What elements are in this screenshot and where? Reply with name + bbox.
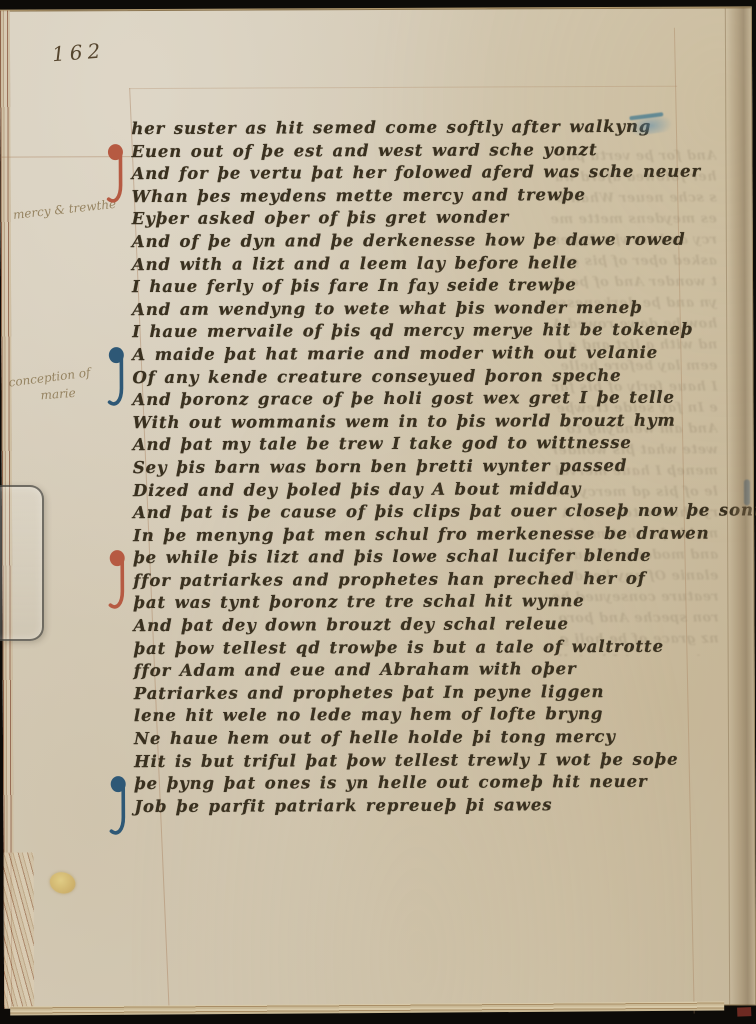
manuscript-line: And þoronz grace of þe holi gost wex gre… (132, 388, 748, 413)
line-text: And with a lizt and a leem lay before he… (132, 253, 578, 274)
line-text: And of þe dyn and þe derkenesse how þe d… (132, 230, 686, 251)
manuscript-line: Patriarkes and prophetes þat In peyne li… (134, 681, 750, 706)
line-text: Ne haue hem out of helle holde þi tong m… (134, 727, 616, 748)
wax-stain (47, 869, 77, 896)
line-text: þe while þis lizt and þis lowe schal luc… (133, 546, 651, 567)
paraph-mark-red (105, 143, 127, 209)
line-text: lene hit wele no lede may hem of lofte b… (134, 704, 603, 725)
line-text: I haue ferly of þis fare In fay seide tr… (132, 275, 577, 296)
paraph-mark-blue (106, 346, 128, 412)
manuscript-line: I haue mervaile of þis qd mercy merye hi… (132, 320, 748, 345)
margin-gloss-conception: conception of marie (8, 365, 94, 407)
ruling-line-horizontal-top (129, 86, 677, 89)
facing-page-fold (725, 7, 756, 1005)
page-stack-corner (4, 853, 35, 1009)
manuscript-line: Euen out of þe est and west ward sche yo… (131, 139, 747, 164)
manuscript-line: And am wendyng to wete what þis wonder m… (132, 297, 748, 322)
line-text: I haue mervaile of þis qd mercy merye hi… (132, 320, 693, 341)
line-text: ffor Adam and eue and Abraham with oþer (134, 659, 577, 680)
line-text: Dized and dey þoled þis day A bout midda… (133, 479, 582, 500)
line-text: ffor patriarkes and prophetes han preche… (133, 569, 645, 590)
line-text: Eyþer asked oþer of þis gret wonder (132, 208, 510, 229)
manuscript-line: In þe menyng þat men schul fro merkeness… (133, 523, 749, 548)
manuscript-line: Hit is but triful þat þow tellest trewly… (134, 749, 750, 774)
folio-number: 162 (51, 38, 106, 66)
line-text: Hit is but triful þat þow tellest trewly… (134, 749, 678, 770)
line-text: And þat my tale be trew I take god to wi… (133, 433, 632, 454)
margin-gloss-line: marie (40, 385, 93, 403)
line-text: With out wommanis wem in to þis world br… (133, 410, 676, 431)
manuscript-line: Dized and dey þoled þis day A bout midda… (133, 478, 749, 503)
manuscript-line: þat þow tellest qd trowþe is but a tale … (134, 636, 750, 661)
line-text: þat þow tellest qd trowþe is but a tale … (134, 636, 664, 657)
manuscript-line: Of any kende creature conseyued þoron sp… (132, 365, 748, 390)
line-text: A maide þat hat marie and moder with out… (132, 343, 658, 364)
manuscript-line: And þat is þe cause of þis clips þat oue… (133, 500, 749, 525)
binding-cover-edge (737, 1007, 751, 1017)
paraph-mark-red (107, 549, 129, 615)
line-text: Of any kende creature conseyued þoron sp… (132, 365, 621, 386)
manuscript-line: Eyþer asked oþer of þis gret wonder (132, 207, 748, 232)
margin-gloss-mercy-truth: mercy & trewthe (12, 197, 117, 222)
line-text: And þat is þe cause of þis clips þat oue… (133, 500, 756, 522)
manuscript-line: Whan þes meydens mette mercy and trewþe (132, 184, 748, 209)
line-text: And þat dey down brouzt dey schal releue (133, 614, 568, 635)
line-text: In þe menyng þat men schul fro merkeness… (133, 523, 710, 545)
line-text: þe þyng þat ones is yn helle out comeþ h… (134, 772, 647, 793)
manuscript-line: þe þyng þat ones is yn helle out comeþ h… (134, 772, 750, 797)
page-stack-bottom (10, 1002, 724, 1016)
manuscript-line: ffor patriarkes and prophetes han preche… (133, 568, 749, 593)
line-text: Sey þis barn was born ben þretti wynter … (133, 456, 628, 477)
manuscript-line: þe while þis lizt and þis lowe schal luc… (133, 546, 749, 571)
line-text: Euen out of þe est and west ward sche yo… (131, 140, 597, 161)
manuscript-line: lene hit wele no lede may hem of lofte b… (134, 704, 750, 729)
manuscript-line: And for þe vertu þat her folowed aferd w… (131, 162, 747, 187)
line-text: Job þe parfit patriark repreueþ þi sawes (134, 795, 552, 816)
parchment-page: 162 mercy & trewthe conception of marie … (0, 6, 756, 1008)
manuscript-line: I haue ferly of þis fare In fay seide tr… (132, 275, 748, 300)
plexiglass-page-clip (0, 485, 44, 641)
manuscript-line: A maide þat hat marie and moder with out… (132, 342, 748, 367)
manuscript-line: And with a lizt and a leem lay before he… (132, 252, 748, 277)
manuscript-line: And of þe dyn and þe derkenesse how þe d… (132, 229, 748, 254)
manuscript-line: þat was tynt þoronz tre tre schal hit wy… (133, 591, 749, 616)
manuscript-line: Job þe parfit patriark repreueþ þi sawes (134, 794, 750, 819)
manuscript-line: Ne haue hem out of helle holde þi tong m… (134, 726, 750, 751)
manuscript-line: And þat dey down brouzt dey schal releue (133, 613, 749, 638)
manuscript-line: ffor Adam and eue and Abraham with oþer (134, 659, 750, 684)
manuscript-line: Sey þis barn was born ben þretti wynter … (133, 455, 749, 480)
manuscript-photo: 162 mercy & trewthe conception of marie … (0, 0, 756, 1024)
line-text: And þoronz grace of þe holi gost wex gre… (132, 388, 674, 409)
line-text: Patriarkes and prophetes þat In peyne li… (134, 682, 605, 703)
line-text: Whan þes meydens mette mercy and trewþe (132, 185, 586, 206)
line-text: And am wendyng to wete what þis wonder m… (132, 298, 642, 319)
manuscript-line: And þat my tale be trew I take god to wi… (133, 433, 749, 458)
manuscript-line: With out wommanis wem in to þis world br… (133, 410, 749, 435)
line-text: þat was tynt þoronz tre tre schal hit wy… (133, 592, 584, 613)
line-text: her suster as hit semed come softly afte… (131, 117, 651, 138)
paraph-mark-blue (108, 775, 130, 841)
line-text: And for þe vertu þat her folowed aferd w… (131, 162, 701, 183)
verse-text-block: her suster as hit semed come softly afte… (131, 116, 750, 819)
